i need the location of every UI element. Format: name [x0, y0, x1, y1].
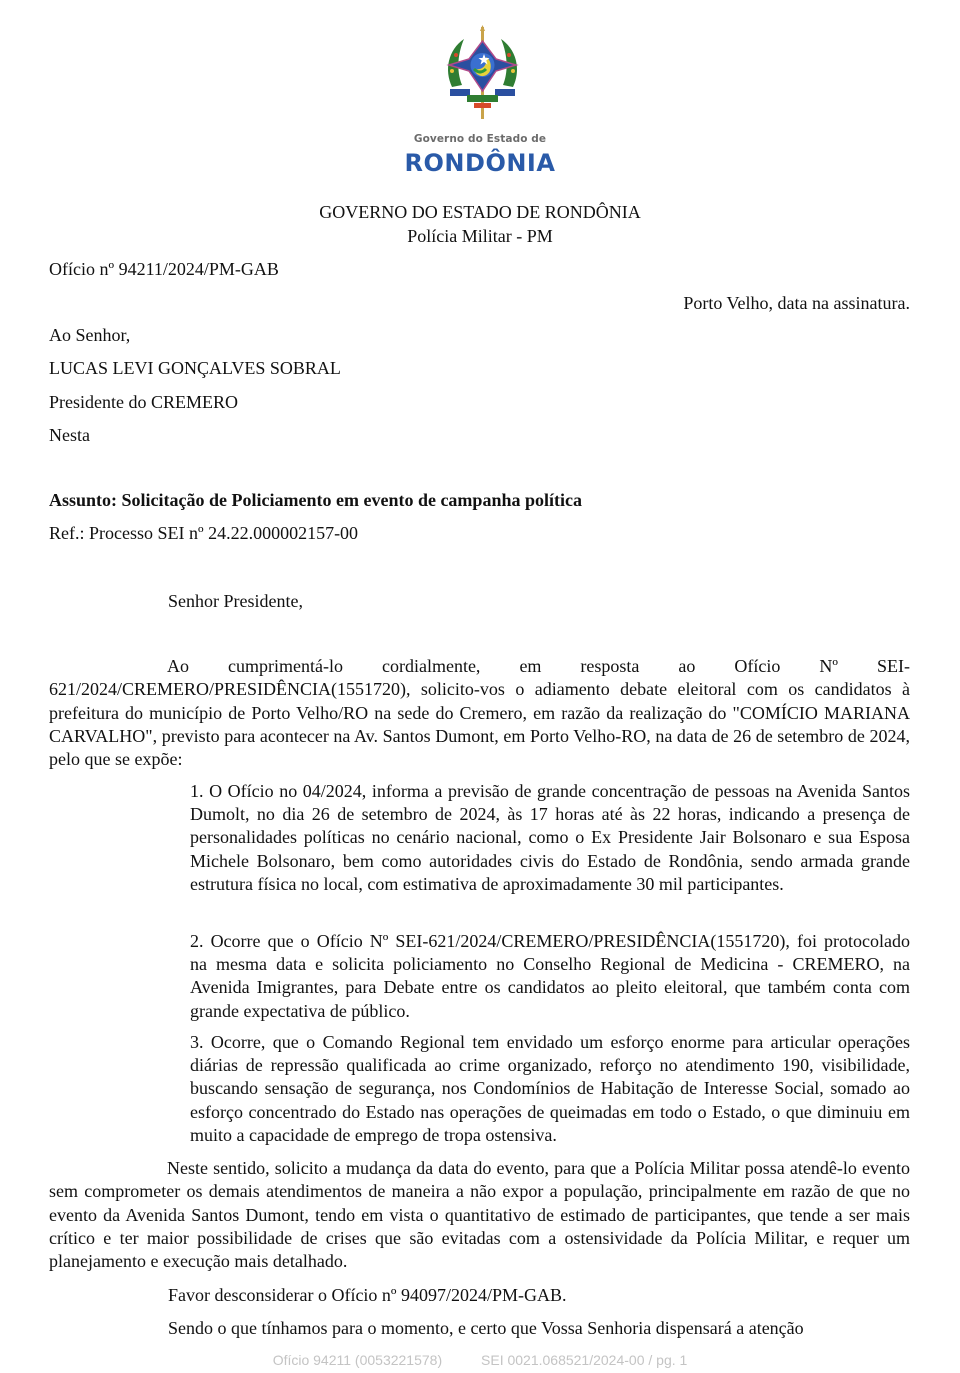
coat-of-arms-icon	[440, 25, 525, 125]
logo-subtitle: Governo do Estado de	[400, 133, 560, 145]
disregard-note: Favor desconsiderar o Ofício nº 94097/20…	[168, 1285, 567, 1306]
reference-line: Ref.: Processo SEI nº 24.22.000002157-00	[49, 523, 358, 544]
logo-title: RONDÔNIA	[400, 149, 560, 177]
recipient-salutation: Ao Senhor,	[49, 325, 130, 346]
closing-line: Sendo o que tínhamos para o momento, e c…	[168, 1318, 804, 1339]
recipient-role: Presidente do CREMERO	[49, 392, 238, 413]
footer-sei-page: SEI 0021.068521/2024-00 / pg. 1	[481, 1352, 687, 1368]
oficio-number: Ofício nº 94211/2024/PM-GAB	[49, 259, 279, 280]
conclusion-paragraph: Neste sentido, solicito a mudança da dat…	[49, 1157, 910, 1273]
intro-paragraph: Ao cumprimentá-lo cordialmente, em respo…	[49, 655, 910, 771]
intro-text: Ao cumprimentá-lo cordialmente, em respo…	[49, 656, 910, 769]
page-footer: Ofício 94211 (0053221578) SEI 0021.06852…	[0, 1352, 960, 1368]
conclusion-text: Neste sentido, solicito a mudança da dat…	[49, 1158, 910, 1271]
header-department: Polícia Militar - PM	[0, 226, 960, 247]
header-government: GOVERNO DO ESTADO DE RONDÔNIA	[0, 202, 960, 223]
recipient-name: LUCAS LEVI GONÇALVES SOBRAL	[49, 358, 341, 379]
recipient-location: Nesta	[49, 425, 90, 446]
place-date: Porto Velho, data na assinatura.	[683, 293, 910, 314]
subject-line: Assunto: Solicitação de Policiamento em …	[49, 490, 582, 511]
list-item-1: 1. O Ofício no 04/2024, informa a previs…	[190, 780, 910, 896]
footer-doc-id: Ofício 94211 (0053221578)	[273, 1352, 442, 1368]
list-item-2: 2. Ocorre que o Ofício Nº SEI-621/2024/C…	[190, 930, 910, 1023]
list-item-3: 3. Ocorre, que o Comando Regional tem en…	[190, 1031, 910, 1147]
greeting: Senhor Presidente,	[168, 591, 303, 612]
